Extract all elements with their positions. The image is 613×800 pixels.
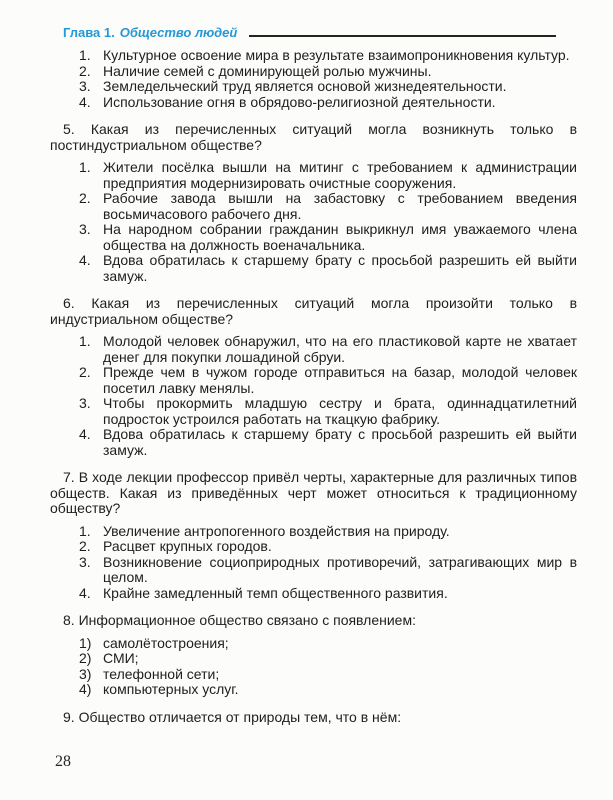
page-number: 28 [55, 753, 71, 771]
option-text: Расцвет крупных городов. [103, 539, 577, 555]
option-text: Жители посёлка вышли на митинг с требова… [103, 160, 577, 191]
option-text: Использование огня в обрядово-религиозно… [103, 95, 577, 111]
option-item: 4. Вдова обратилась к старшему брату с п… [50, 253, 577, 284]
option-text: Вдова обратилась к старшему брату с прос… [103, 427, 577, 458]
question-6: 6. Какая из перечисленных ситуаций могла… [50, 296, 577, 327]
header-rule [249, 35, 556, 37]
option-number: 3. [79, 555, 103, 586]
option-item: 2. Прежде чем в чужом городе отправиться… [50, 365, 577, 396]
question-text: Какая из перечисленных ситуаций могла во… [50, 121, 577, 153]
option-item: 1. Жители посёлка вышли на митинг с треб… [50, 160, 577, 191]
question-number: 9. [63, 709, 75, 725]
option-item: 2. Наличие семей с доминирующей ролью му… [50, 64, 577, 80]
question-number: 6. [63, 295, 75, 311]
intro-options-list: 1. Культурное освоение мира в результате… [50, 48, 577, 110]
option-number: 1. [79, 524, 103, 540]
option-item: 4) компьютерных услуг. [50, 682, 577, 698]
option-item: 4. Крайне замедленный темп общественного… [50, 586, 577, 602]
question-9: 9. Общество отличается от природы тем, ч… [50, 710, 577, 726]
option-item: 3. Возникновение социоприродных противор… [50, 555, 577, 586]
option-number: 3) [79, 667, 103, 683]
option-number: 2. [79, 191, 103, 222]
option-text: СМИ; [103, 651, 577, 667]
option-number: 4. [79, 586, 103, 602]
option-number: 3. [79, 79, 103, 95]
option-text: Молодой человек обнаружил, что на его пл… [103, 334, 577, 365]
option-item: 1. Культурное освоение мира в результате… [50, 48, 577, 64]
option-item: 4. Вдова обратилась к старшему брату с п… [50, 427, 577, 458]
option-text: Увеличение антропогенного воздействия на… [103, 524, 577, 540]
option-number: 1. [79, 160, 103, 191]
option-number: 2. [79, 539, 103, 555]
question-7: 7. В ходе лекции профессор привёл черты,… [50, 470, 577, 517]
option-text: Крайне замедленный темп общественного ра… [103, 586, 577, 602]
option-number: 1) [79, 636, 103, 652]
option-item: 1. Увеличение антропогенного воздействия… [50, 524, 577, 540]
option-item: 1) самолётостроения; [50, 636, 577, 652]
question-text: Какая из перечисленных ситуаций могла пр… [50, 295, 577, 327]
option-number: 4. [79, 253, 103, 284]
option-item: 1. Молодой человек обнаружил, что на его… [50, 334, 577, 365]
option-number: 4. [79, 427, 103, 458]
question-number: 5. [63, 121, 75, 137]
option-item: 2) СМИ; [50, 651, 577, 667]
option-text: Прежде чем в чужом городе отправиться на… [103, 365, 577, 396]
question-5-options: 1. Жители посёлка вышли на митинг с треб… [50, 160, 577, 284]
option-number: 2. [79, 365, 103, 396]
question-6-options: 1. Молодой человек обнаружил, что на его… [50, 334, 577, 458]
option-text: компьютерных услуг. [103, 682, 577, 698]
option-item: 3. Чтобы прокормить младшую сестру и бра… [50, 396, 577, 427]
option-text: Земледельческий труд является основой жи… [103, 79, 577, 95]
question-text: В ходе лекции профессор привёл черты, ха… [50, 469, 577, 516]
chapter-title: Общество людей [120, 25, 238, 41]
option-item: 3. На народном собрании гражданин выкрик… [50, 222, 577, 253]
option-text: Чтобы прокормить младшую сестру и брата,… [103, 396, 577, 427]
option-text: самолётостроения; [103, 636, 577, 652]
option-number: 1. [79, 48, 103, 64]
option-number: 4. [79, 95, 103, 111]
option-number: 2) [79, 651, 103, 667]
option-text: Возникновение социоприродных противоречи… [103, 555, 577, 586]
chapter-label: Глава 1. [63, 25, 115, 41]
question-8: 8. Информационное общество связано с поя… [50, 613, 577, 629]
option-text: телефонной сети; [103, 667, 577, 683]
option-number: 4) [79, 682, 103, 698]
question-5: 5. Какая из перечисленных ситуаций могла… [50, 122, 577, 153]
question-8-options: 1) самолётостроения; 2) СМИ; 3) телефонн… [50, 636, 577, 698]
option-number: 2. [79, 64, 103, 80]
option-item: 2. Расцвет крупных городов. [50, 539, 577, 555]
option-number: 1. [79, 334, 103, 365]
option-text: Вдова обратилась к старшему брату с прос… [103, 253, 577, 284]
option-number: 3. [79, 222, 103, 253]
question-text: Информационное общество связано с появле… [79, 612, 416, 628]
option-item: 3. Земледельческий труд является основой… [50, 79, 577, 95]
option-item: 4. Использование огня в обрядово-религио… [50, 95, 577, 111]
option-text: Рабочие завода вышли на забастовку с тре… [103, 191, 577, 222]
book-page: Глава 1. Общество людей 1. Культурное ос… [0, 0, 613, 800]
option-number: 3. [79, 396, 103, 427]
option-text: Культурное освоение мира в результате вз… [103, 48, 577, 64]
option-text: На народном собрании гражданин выкрикнул… [103, 222, 577, 253]
option-item: 2. Рабочие завода вышли на забастовку с … [50, 191, 577, 222]
chapter-header: Глава 1. Общество людей [50, 25, 577, 41]
question-7-options: 1. Увеличение антропогенного воздействия… [50, 524, 577, 602]
question-text: Общество отличается от природы тем, что … [79, 709, 402, 725]
question-number: 7. [63, 469, 75, 485]
option-item: 3) телефонной сети; [50, 667, 577, 683]
question-number: 8. [63, 612, 75, 628]
option-text: Наличие семей с доминирующей ролью мужчи… [103, 64, 577, 80]
